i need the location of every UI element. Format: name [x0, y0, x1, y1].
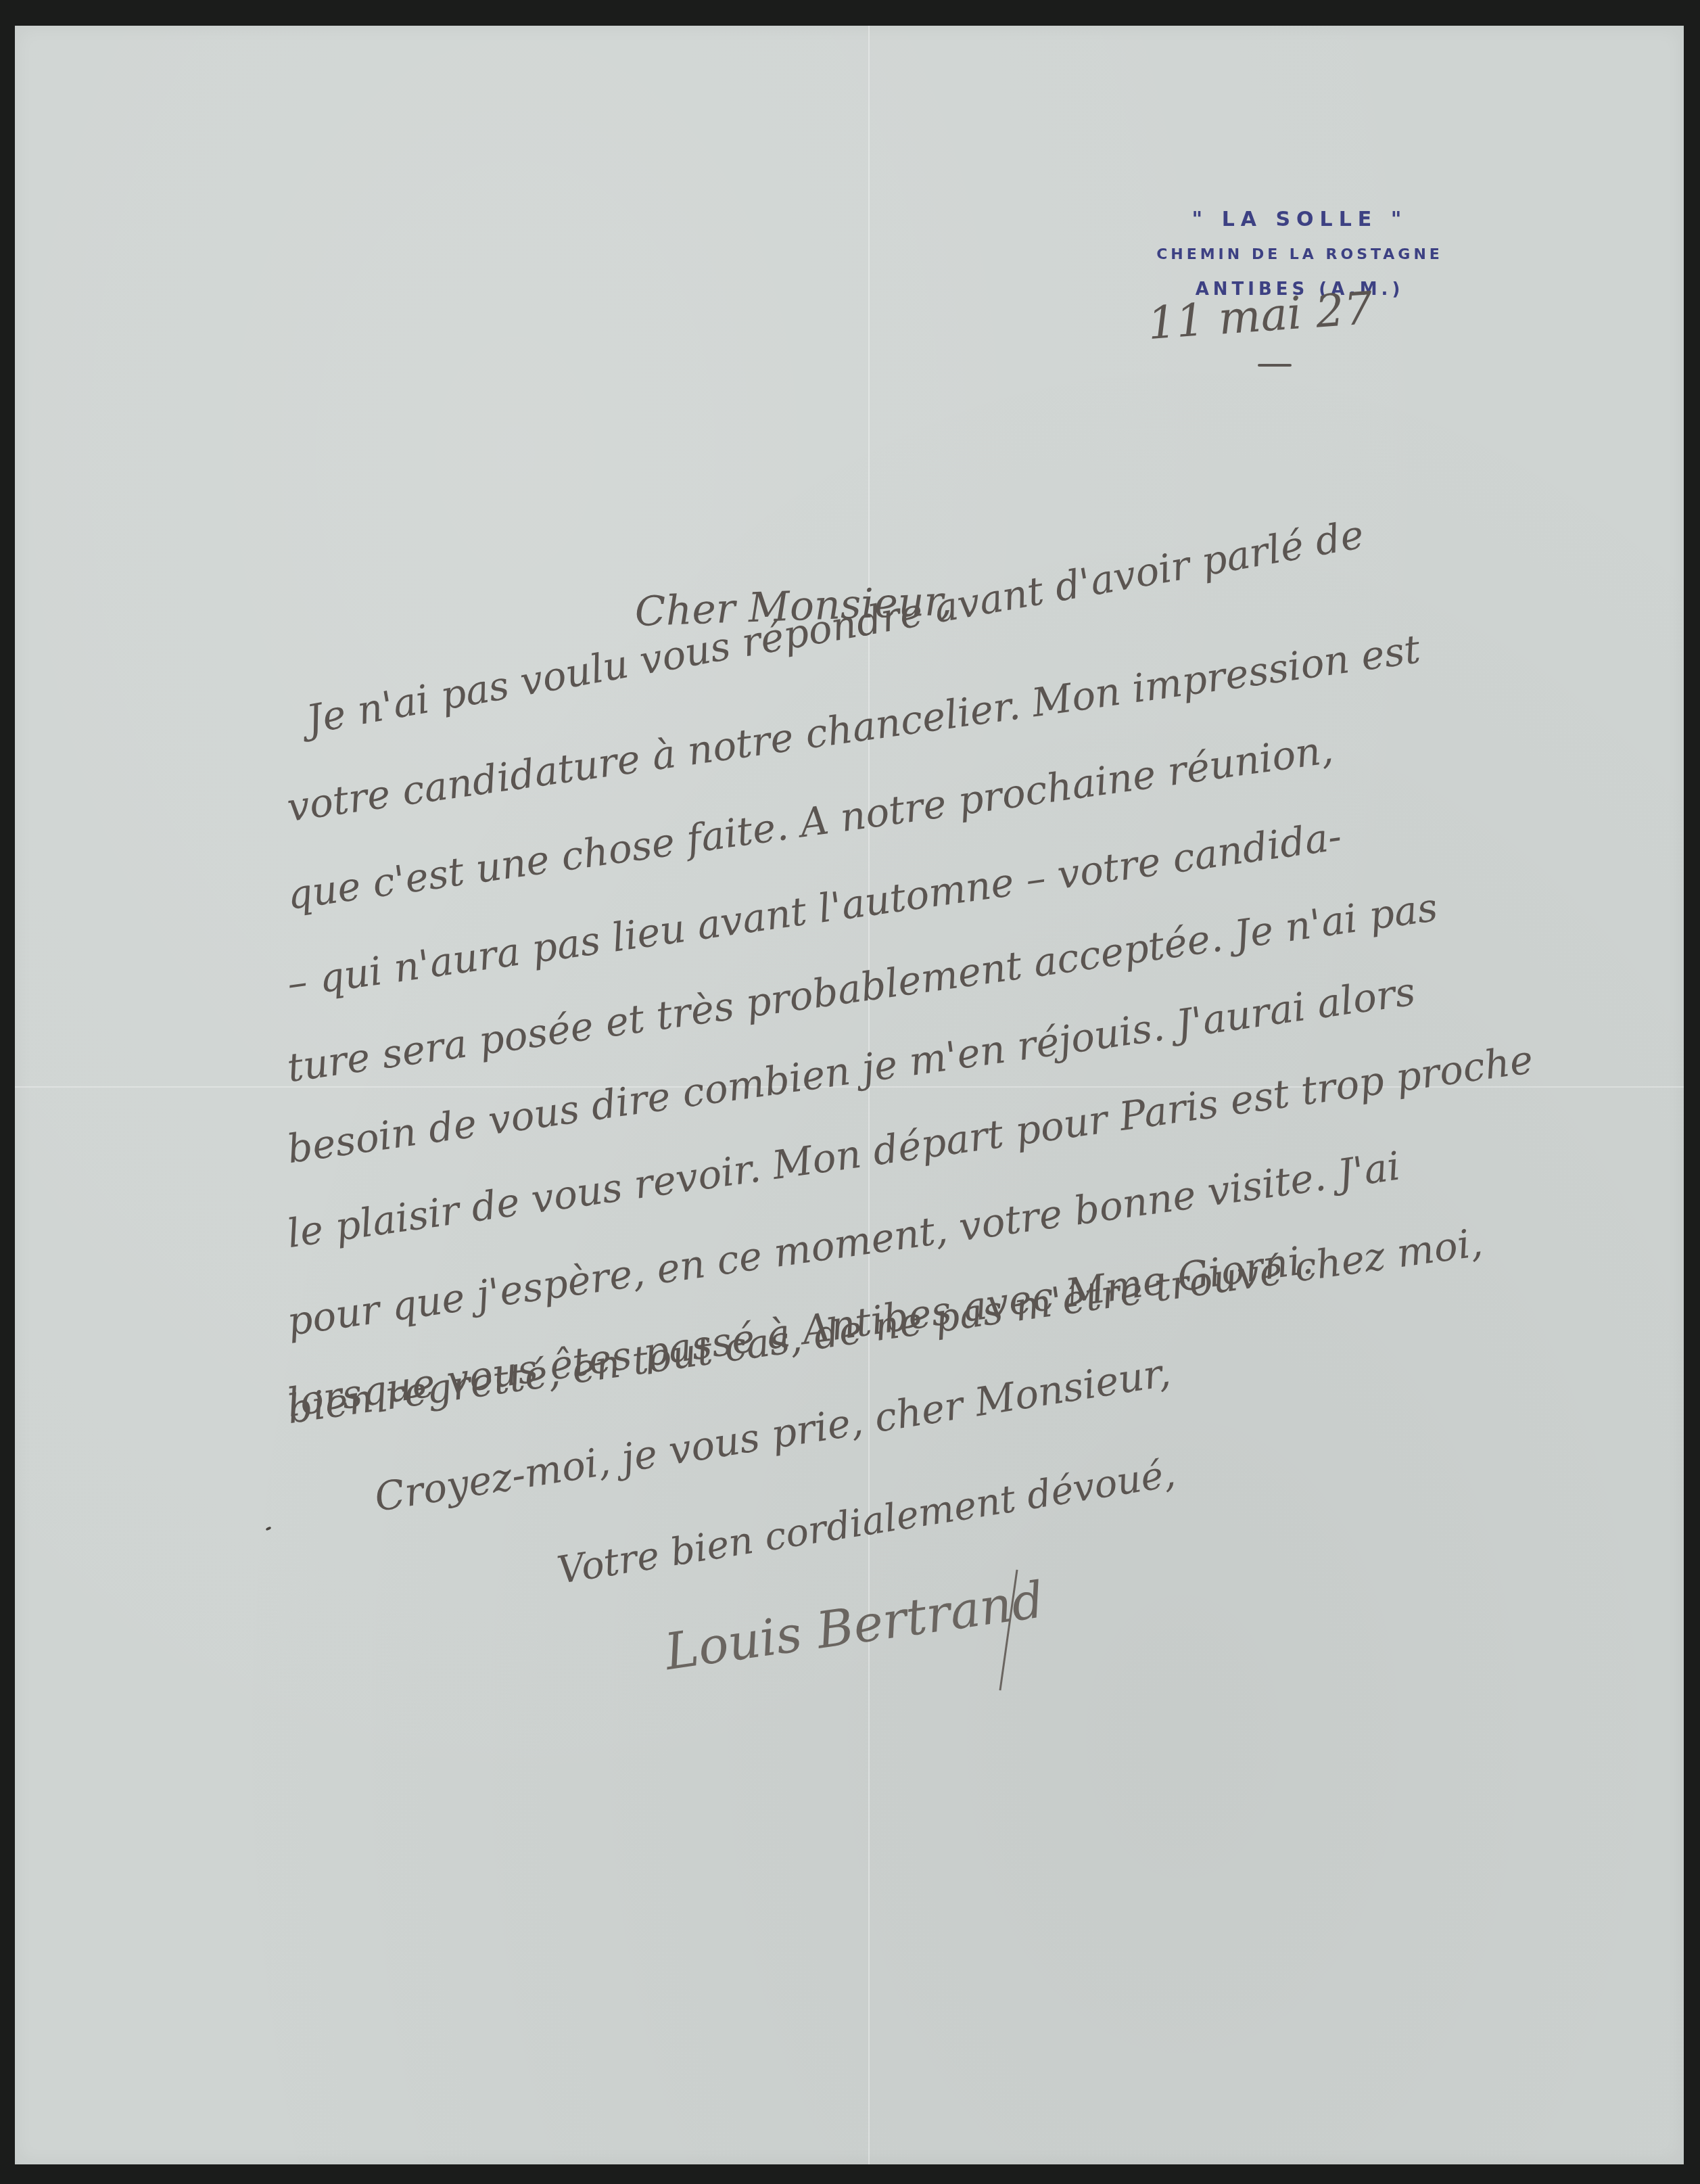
letterhead-name: " LA SOLLE "	[1110, 203, 1489, 237]
vertical-fold-line	[868, 26, 870, 2164]
date-underline-dash	[1258, 364, 1292, 367]
letterhead-street: CHEMIN DE LA ROSTAGNE	[1110, 237, 1489, 273]
